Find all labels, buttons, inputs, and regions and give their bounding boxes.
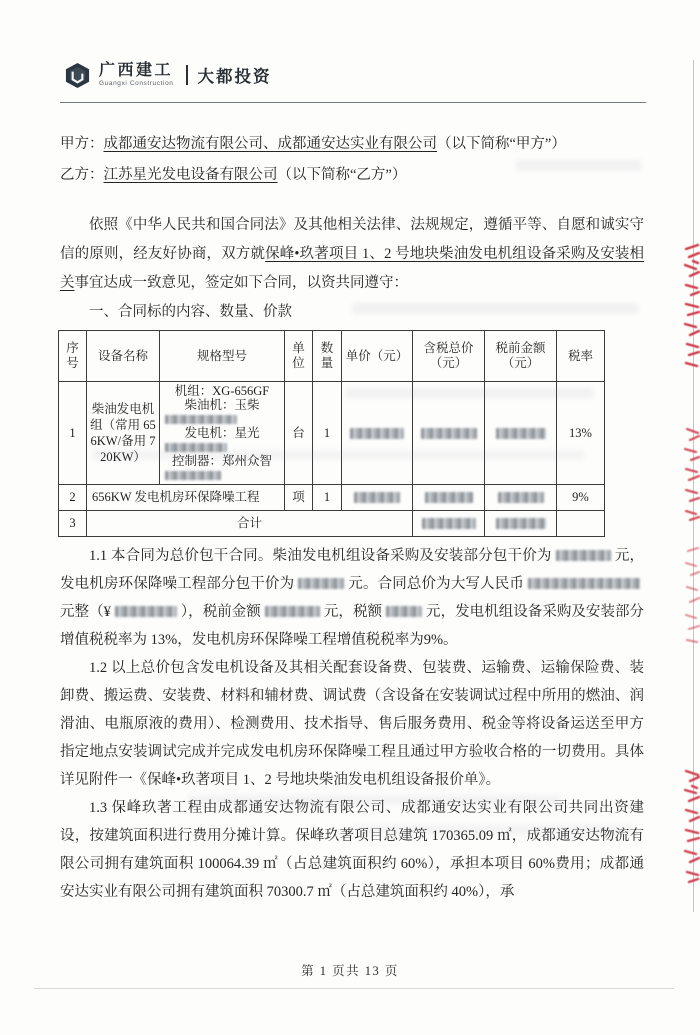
redacted-amount: [556, 550, 611, 561]
redacted-unit-price: [354, 492, 400, 503]
row1-spec: 机组：XG-656GF 柴油机：玉柴 发电机：星光 控制器：郑州众智: [160, 382, 285, 485]
edge-seal-fragment-mid-1: [684, 424, 700, 524]
letterhead-rule: [60, 102, 646, 103]
row2-no: 2: [59, 485, 87, 511]
clause-1-1-text-6: 元，税额: [324, 604, 382, 620]
redacted-amount: [115, 606, 177, 617]
row2-unit-price: [342, 485, 413, 511]
equipment-price-table: 序号 设备名称 规格型号 单位 数量 单价（元） 含税总价（元） 税前金额（元）…: [58, 330, 605, 537]
row2-total-with-tax: [413, 485, 485, 511]
contract-body: 甲方：成都通安达物流有限公司、成都通安达实业有限公司（以下简称“甲方”） 乙方：…: [60, 129, 644, 906]
col-header-qty: 数量: [313, 331, 342, 382]
col-header-name: 设备名称: [87, 331, 160, 382]
intro-paragraph: 依照《中华人民共和国合同法》及其他相关法律、法规规定，遵循平等、自愿和诚实守信的…: [60, 211, 644, 298]
redacted-pre-tax: [496, 518, 546, 529]
col-header-pre-tax: 税前金额（元）: [485, 331, 557, 382]
spec-engine: 柴油机：玉柴: [184, 398, 259, 412]
redacted-amount: [265, 606, 320, 617]
row1-no: 1: [59, 382, 87, 485]
edge-seal-fragment-top: [684, 243, 700, 369]
table-row-total: 3 合计: [59, 511, 605, 537]
spec-unit-model: 机组：XG-656GF: [175, 384, 269, 398]
redacted-total-with-tax: [421, 428, 477, 439]
scan-bleed-artifact: [92, 450, 584, 460]
scan-bleed-artifact: [516, 160, 642, 171]
row2-unit: 项: [285, 485, 313, 511]
row3-tax-rate: [557, 511, 605, 537]
party-a-name: 成都通安达物流有限公司、成都通安达实业有限公司: [104, 136, 438, 152]
redacted-amount: [386, 606, 422, 617]
intro-text-2: 事宜达成一致意见，签定如下合同，以资共同遵守：: [75, 275, 409, 291]
page-number: 第 1 页共 13 页: [0, 961, 700, 979]
brand-primary-name: 广西建工: [99, 63, 174, 79]
clause-1-1-text-1: 1.1 本合同为总价包干合同。柴油发电机组设备采购及安装部分包干价为: [89, 548, 552, 564]
row2-tax-rate: 9%: [557, 485, 605, 511]
clause-1-1-text-4: 元整（¥: [60, 604, 111, 620]
redacted-pre-tax: [496, 428, 546, 439]
clause-1-1-text-3: 元。合同总价为大写人民币: [348, 576, 524, 592]
scan-bleed-artifact: [346, 388, 594, 398]
redacted-amount: [298, 578, 344, 589]
col-header-total-with-tax: 含税总价（元）: [413, 331, 485, 382]
party-b-name: 江苏星光发电设备有限公司: [104, 167, 278, 183]
brand-secondary-name: 大都投资: [198, 63, 272, 87]
row3-total-with-tax: [413, 511, 485, 537]
row2-pre-tax: [485, 485, 557, 511]
col-header-unit: 单位: [285, 331, 313, 382]
clause-1-1: 1.1 本合同为总价包干合同。柴油发电机组设备采购及安装部分包干价为元，发电机房…: [60, 542, 644, 654]
row3-pre-tax: [485, 511, 557, 537]
redacted-total-with-tax: [425, 492, 473, 503]
guangxi-construction-logo-icon: [64, 62, 91, 89]
scan-bleed-artifact: [352, 303, 638, 314]
scan-bleed-artifact: [352, 825, 634, 835]
redacted-total-with-tax: [422, 518, 476, 529]
row2-description: 656KW 发电机房环保降噪工程: [87, 485, 285, 511]
col-header-unit-price: 单价（元）: [342, 331, 413, 382]
table-row-noise-reduction: 2 656KW 发电机房环保降噪工程 项 1 9%: [59, 485, 605, 511]
col-header-no: 序号: [59, 331, 87, 382]
party-b-label: 乙方：: [60, 167, 104, 183]
scan-bleed-artifact: [188, 795, 560, 805]
spec-alternator: 发电机：星光: [184, 426, 259, 440]
row3-no: 3: [59, 511, 87, 537]
party-a-line: 甲方：成都通安达物流有限公司、成都通安达实业有限公司（以下简称“甲方”）: [60, 129, 644, 160]
edge-seal-fragment-bottom: [684, 766, 700, 886]
row1-unit: 台: [285, 382, 313, 485]
col-header-spec: 规格型号: [160, 331, 285, 382]
scan-page-bottom-edge: [34, 988, 674, 989]
brand-primary-block: 广西建工 Guangxi Construction: [99, 63, 174, 88]
edge-seal-fragment-mid-2: [684, 545, 700, 645]
row3-total-label: 合计: [87, 511, 413, 537]
company-letterhead: 广西建工 Guangxi Construction 大都投资: [64, 57, 700, 93]
table-header-row: 序号 设备名称 规格型号 单位 数量 单价（元） 含税总价（元） 税前金额（元）…: [59, 331, 605, 382]
row1-equipment-name: 柴油发电机组（常用 656KW/备用 720KW）: [87, 382, 160, 485]
brand-primary-subtitle: Guangxi Construction: [99, 81, 174, 88]
scanned-contract-page: 广西建工 Guangxi Construction 大都投资 甲方：成都通安达物…: [0, 0, 700, 1035]
redacted-amount-in-words: [528, 578, 640, 589]
brand-divider: [186, 65, 188, 85]
redacted-unit-price: [350, 428, 404, 439]
party-a-suffix: （以下简称“甲方”）: [437, 136, 566, 152]
col-header-tax-rate: 税率: [557, 331, 605, 382]
row1-qty: 1: [313, 382, 342, 485]
clause-1-3: 1.3 保峰玖著工程由成都通安达物流有限公司、成都通安达实业有限公司共同出资建设…: [60, 794, 644, 906]
party-b-suffix: （以下简称“乙方”）: [278, 167, 407, 183]
clause-1-1-text-5: ），税前金额: [181, 604, 261, 620]
redacted-engine-model: [165, 415, 237, 424]
party-a-label: 甲方：: [60, 136, 104, 152]
redacted-pre-tax: [498, 492, 544, 503]
row2-qty: 1: [313, 485, 342, 511]
clause-1-2: 1.2 以上总价包含发电机设备及其相关配套设备费、包装费、运输费、运输保险费、装…: [60, 654, 644, 794]
redacted-controller-model: [165, 471, 221, 480]
